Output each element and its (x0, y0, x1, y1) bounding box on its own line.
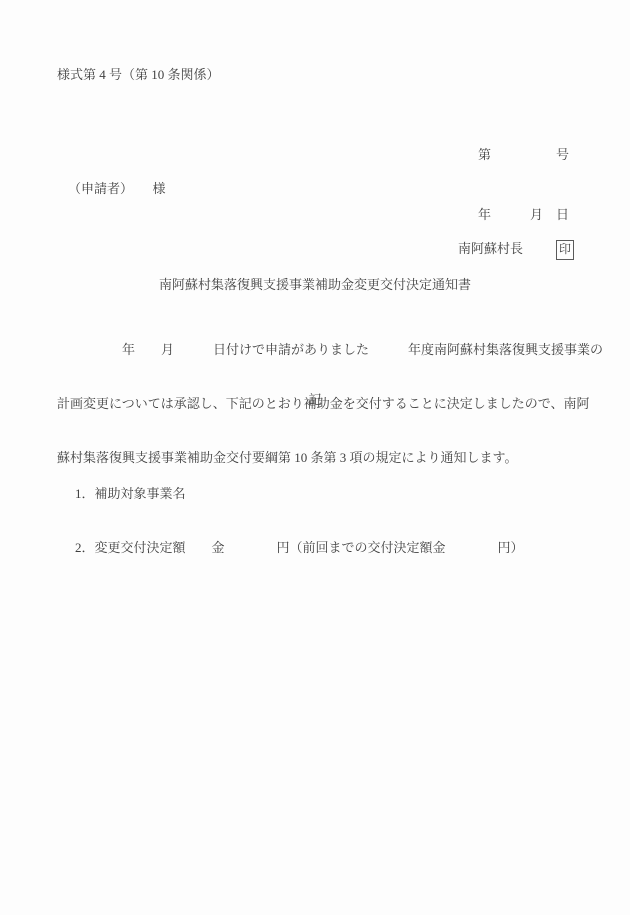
document-page: 様式第 4 号（第 10 条関係） 第 号 年 月 日 （申請者） 様 南阿蘇村… (0, 0, 630, 915)
list-item-2: 2．変更交付決定額 金 円（前回までの交付決定額金 円） (75, 539, 524, 557)
issuer-name: 南阿蘇村長 (458, 241, 523, 256)
doc-number-line: 第 号 (478, 145, 569, 165)
item-list: 1．補助対象事業名 2．変更交付決定額 金 円（前回までの交付決定額金 円） (75, 449, 524, 593)
issuer-row: 南阿蘇村長印 (445, 222, 574, 276)
document-title: 南阿蘇村集落復興支援事業補助金変更交付決定通知書 (0, 274, 630, 293)
form-number: 様式第 4 号（第 10 条関係） (57, 64, 220, 83)
body-line-1: 年 月 日付けで申請がありました 年度南阿蘇村集落復興支援事業の (57, 341, 603, 359)
list-item-1: 1．補助対象事業名 (75, 485, 524, 503)
seal-mark: 印 (556, 240, 574, 260)
record-heading: 記 (0, 389, 630, 408)
recipient-line: （申請者） 様 (68, 178, 166, 197)
